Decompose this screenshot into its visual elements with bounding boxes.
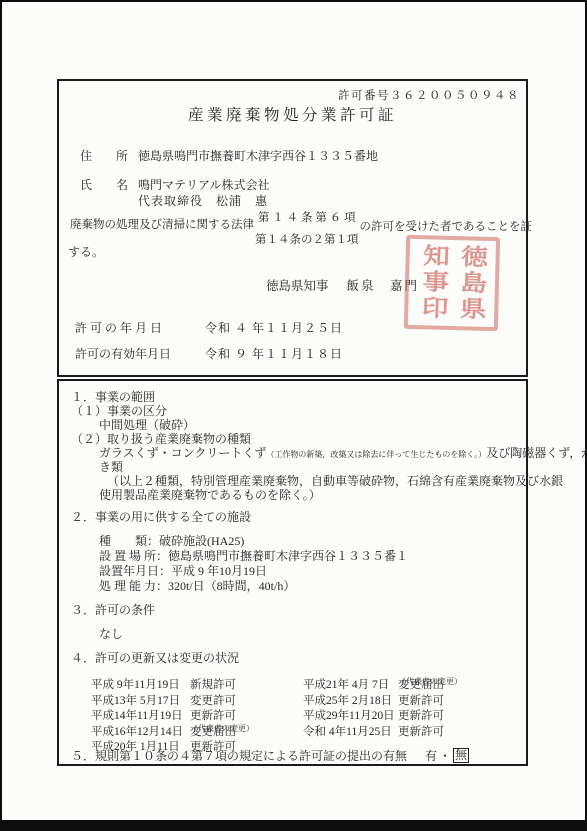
waste-exclusion-line2: 使用製品産業廃棄物であるものを除く。）: [99, 486, 321, 503]
law-suffix: の許可を受けた者であることを証: [360, 209, 533, 234]
history-date: 平成29年11月20日: [303, 707, 395, 723]
section5-row: ５．規則第１０条の４第７項の規定による許可証の提出の有無 有 ・ 無: [71, 747, 469, 764]
section4-heading: ４．許可の更新又は変更の状況: [71, 649, 239, 666]
granted-date-value: 令和 ４ 年１１月２５日: [205, 319, 343, 336]
scan-border-top: [0, 0, 587, 2]
law-article-upper: 第 １ ４ 条 第 ６ 項: [258, 209, 356, 225]
facility-capacity-label: 処 理 能 力：: [99, 579, 168, 593]
history-date: 平成14年11月19日: [91, 707, 183, 723]
permit-number: 許可番号３６２００５０９４８: [338, 87, 520, 103]
history-status-note: （代表者の変更）: [190, 723, 254, 734]
history-row: 平成 9年11月19日 新規許可 平成21年 4月 7日 変更届出（代表者の変更…: [91, 676, 521, 692]
section2-heading: ２．事業の用に供する全ての施設: [71, 508, 251, 525]
scanned-permit-document: 許可番号３６２００５０９４８ 産業廃棄物処分業許可証 住 所 徳島県鳴門市撫養町…: [0, 0, 587, 831]
waste-types-fineprint: （工作物の新築，改築又は除去に伴って生じたものを除く。）: [266, 450, 486, 459]
history-date: 平成16年12月14日: [91, 723, 183, 739]
option-yes: 有: [425, 747, 437, 764]
history-date: 平成25年 2月18日: [303, 692, 392, 708]
history-date: 平成21年 4月 7日: [303, 676, 389, 692]
option-separator: ・: [439, 747, 451, 764]
history-status: 更新許可: [398, 723, 444, 739]
history-table: 平成 9年11月19日 新規許可 平成21年 4月 7日 変更届出（代表者の変更…: [91, 676, 521, 754]
section3-heading: ３．許可の条件: [71, 601, 155, 618]
facility-capacity-value: 320t/日（8時間，40t/h）: [168, 579, 295, 593]
issuer-line: 徳島県知事飯泉 嘉門: [266, 276, 419, 294]
permit-number-value: ３６２００５０９４８: [390, 90, 520, 102]
document-title: 産業廃棄物処分業許可証: [59, 103, 526, 125]
valid-date-label: 許可の有効年月日: [75, 345, 171, 362]
scan-border-left: [0, 0, 2, 831]
law-article-lower: 第１４条の２第１項: [255, 231, 359, 247]
waste-types-line1-a: ガラスくず・コンクリートくず: [99, 446, 266, 460]
address-value: 徳島県鳴門市撫養町木津字西谷１３３５番地: [138, 147, 378, 164]
facility-type-value: 破砕施設(HA25): [159, 534, 244, 548]
history-date: 令和 4年11月25日: [303, 723, 392, 739]
waste-types-line1: ガラスくず・コンクリートくず（工作物の新築，改築又は除去に伴って生じたものを除く…: [99, 444, 587, 461]
company-name: 鳴門マテリアル株式会社: [138, 176, 270, 193]
waste-types-line1-b: 及び陶磁器くず，がれ: [486, 446, 587, 460]
law-continuation: する。: [68, 243, 104, 260]
option-no-selected: 無: [453, 748, 469, 763]
seal-right-column: 徳島県: [451, 244, 491, 323]
permit-header-box: 許可番号３６２００５０９４８ 産業廃棄物処分業許可証 住 所 徳島県鳴門市撫養町…: [57, 79, 528, 377]
name-label: 氏 名: [80, 176, 128, 193]
history-status: 更新許可: [398, 692, 444, 708]
issuer-title: 徳島県知事: [266, 279, 329, 293]
facility-capacity-row: 処 理 能 力：320t/日（8時間，40t/h）: [99, 577, 295, 594]
scan-border-bottom: [0, 820, 587, 831]
history-status-note: （代表者の変更）: [398, 676, 462, 687]
conditions-value: なし: [99, 625, 123, 642]
permit-details-box: １．事業の範囲 （１）事業の区分 中間処理（破砕） （２）取り扱う産業廃棄物の種…: [57, 379, 528, 766]
facility-location-label: 設 置 場 所：: [99, 549, 168, 563]
history-date: 平成13年 5月17日: [91, 692, 180, 708]
history-status: 更新許可: [398, 707, 444, 723]
facility-type-label: 種 類：: [99, 534, 159, 548]
facility-install-date-label: 設置年月日：: [99, 564, 171, 578]
law-prefix: 廃棄物の処理及び清掃に関する法律: [70, 209, 254, 232]
official-seal: 徳島県 知事印: [404, 235, 500, 331]
history-row: 平成13年 5月17日 変更許可 平成25年 2月18日 更新許可: [91, 692, 521, 708]
history-status: 変更許可: [190, 692, 236, 708]
address-label: 住 所: [80, 147, 128, 164]
history-status: 更新許可: [190, 707, 236, 723]
granted-date-label: 許 可 の 年 月 日: [75, 319, 162, 336]
representative-name: 代表取締役 松浦 惠: [138, 192, 268, 209]
law-article-stack: 第 １ ４ 条 第 ６ 項 第１４条の２第１項: [255, 209, 359, 247]
submission-options: 有 ・ 無: [425, 747, 469, 764]
permit-number-label: 許可番号: [338, 90, 390, 102]
facility-location-value: 徳島県鳴門市撫養町木津字西谷１３３５番１: [168, 549, 408, 563]
history-status: 新規許可: [190, 676, 236, 692]
seal-left-column: 知事印: [413, 243, 453, 322]
history-row: 平成14年11月19日 更新許可 平成29年11月20日 更新許可: [91, 707, 521, 723]
valid-date-value: 令和 ９ 年１１月１８日: [205, 345, 343, 362]
history-row: 平成16年12月14日 変更届出（代表者の変更） 令和 4年11月25日 更新許…: [91, 723, 521, 739]
section5-heading: ５．規則第１０条の４第７項の規定による許可証の提出の有無: [71, 747, 407, 764]
facility-install-date-value: 平成 9 年10月19日: [171, 564, 267, 578]
history-date: 平成 9年11月19日: [91, 676, 180, 692]
